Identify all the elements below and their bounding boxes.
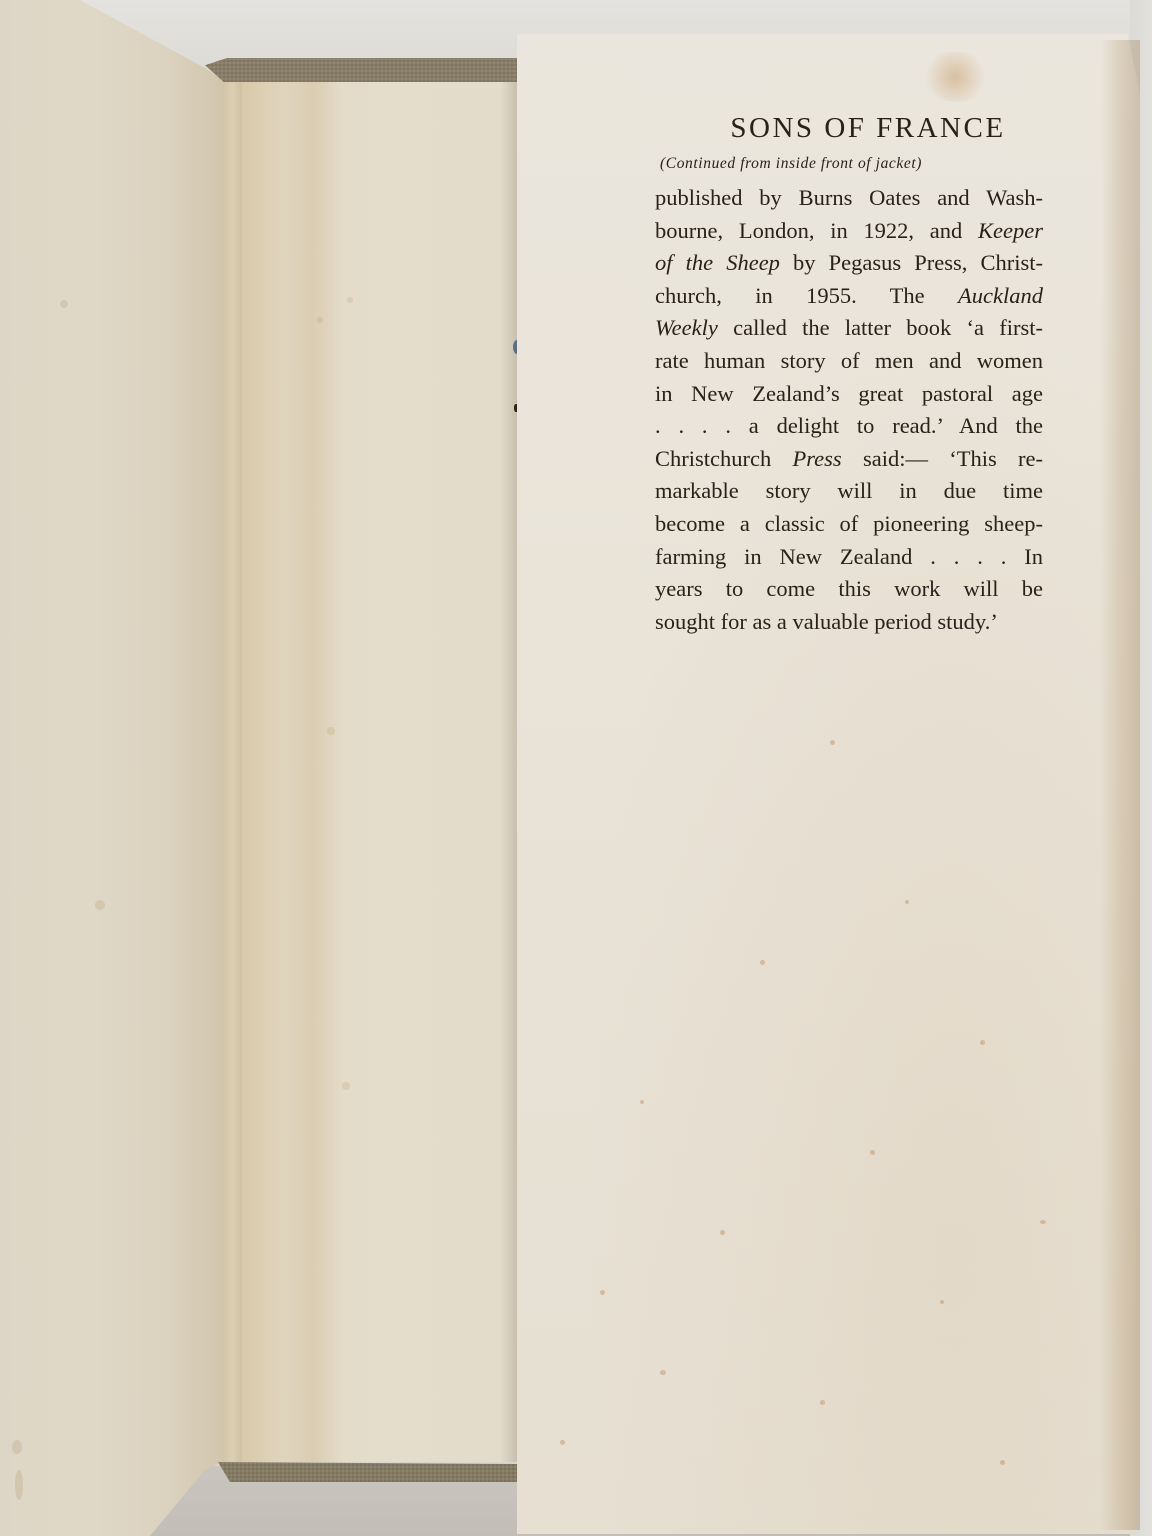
foxing-spot [720,1230,725,1235]
blurb-text: by Pegasus Press, Christ- [780,250,1043,275]
blurb-line: years to come this work will be [655,573,1043,606]
cloth-binding-top [205,58,517,82]
blurb-text: said:— ‘This re- [842,446,1043,471]
jacket-fold-edge [1100,40,1140,1530]
continuation-note: (Continued from inside front of jacket) [660,154,1043,174]
foxing-spot [830,740,835,745]
foxing-spot [820,1400,825,1405]
foxing-spot [342,1082,350,1090]
foxing-spot [317,317,323,323]
book-title: SONS OF FRANCE [655,108,1043,148]
book-title-reference: Keeper [978,218,1043,243]
foxing-spot [870,1150,875,1155]
blurb-line: church, in 1955. The Auckland [655,280,1043,313]
cloth-binding-bottom [218,1462,518,1482]
foxing-spot [347,297,353,303]
blurb-line: become a classic of pioneering sheep- [655,508,1043,541]
blurb-line: farming in New Zealand . . . . In [655,541,1043,574]
blurb-text: rate human story of men and women [655,348,1043,373]
book-title-reference: of the Sheep [655,250,780,275]
inside-back-board [242,82,518,1462]
blurb-line: published by Burns Oates and Wash- [655,182,1043,215]
blurb-text: become a classic of pioneering sheep- [655,511,1043,536]
tide-mark-stain [282,82,342,1462]
blurb-line: Weekly called the latter book ‘a first- [655,312,1043,345]
foxing-spot [12,1440,22,1454]
publication-name: Press [793,446,842,471]
blurb-text: Christchurch [655,446,793,471]
flap-shadow [500,82,518,1462]
blurb-text: called the latter book ‘a first- [718,315,1043,340]
foxing-spot [660,1370,666,1375]
foxing-spot [980,1040,985,1045]
jacket-flap-text: SONS OF FRANCE (Continued from inside fr… [655,108,1043,638]
blurb-line: sought for as a valuable period study.’ [655,606,1043,639]
blurb-text: in New Zealand’s great pastoral age [655,381,1043,406]
foxing-spot [760,960,765,965]
blurb-text: published by Burns Oates and Wash- [655,185,1043,210]
foxing-spot [600,1290,605,1295]
blurb-line: of the Sheep by Pegasus Press, Christ- [655,247,1043,280]
blurb-text: farming in New Zealand . . . . In [655,544,1043,569]
blurb-line: rate human story of men and women [655,345,1043,378]
publication-name: Weekly [655,315,718,340]
publication-name: Auckland [958,283,1043,308]
blurb-text: years to come this work will be [655,576,1043,601]
foxing-spot [1040,1220,1046,1224]
blurb-body: published by Burns Oates and Wash- bourn… [655,182,1043,638]
foxing-spot [905,900,909,904]
flyleaf-page [0,0,222,1536]
foxing-spot [1000,1460,1005,1465]
foxing-spot [15,1470,23,1500]
book-hinge [222,80,242,1462]
foxing-spot [940,1300,944,1304]
blurb-text: church, in 1955. The [655,283,958,308]
foxing-spot [560,1440,565,1445]
foxing-spot [60,300,68,308]
blurb-line: . . . . a delight to read.’ And the [655,410,1043,443]
blurb-line: in New Zealand’s great pastoral age [655,378,1043,411]
foxing-spot [95,900,105,910]
foxing-spot [327,727,335,735]
blurb-text: . . . . a delight to read.’ And the [655,413,1043,438]
blurb-text: sought for as a valuable period study.’ [655,609,998,634]
blurb-line: Christchurch Press said:— ‘This re- [655,443,1043,476]
blurb-text: bourne, London, in 1922, and [655,218,978,243]
foxing-spot [640,1100,644,1104]
blurb-line: bourne, London, in 1922, and Keeper [655,215,1043,248]
blurb-text: markable story will in due time [655,478,1043,503]
blurb-line: markable story will in due time [655,475,1043,508]
